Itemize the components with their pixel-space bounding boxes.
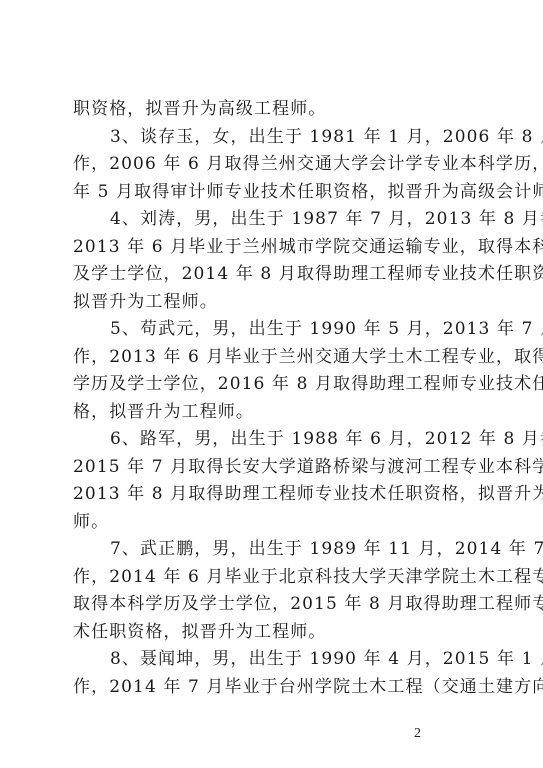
document-page: 职资格，拟晋升为高级工程师。 3、谈存玉，女，出生于 1981 年 1 月，20… xyxy=(0,0,543,768)
text-line: 术任职资格，拟晋升为工程师。 xyxy=(73,619,469,646)
text-line: 职资格，拟晋升为高级工程师。 xyxy=(73,96,469,123)
text-line: 作，2014 年 7 月毕业于台州学院土木工程（交通土建方向）专 xyxy=(73,674,469,701)
text-line: 2013 年 8 月取得助理工程师专业技术任职资格，拟晋升为工程 xyxy=(73,481,469,508)
text-line: 6、路军，男，出生于 1988 年 6 月，2012 年 8 月参加工作， xyxy=(73,426,469,453)
text-line: 2013 年 6 月毕业于兰州城市学院交通运输专业，取得本科学历 xyxy=(73,234,469,261)
text-line: 年 5 月取得审计师专业技术任职资格，拟晋升为高级会计师。 xyxy=(73,179,469,206)
text-line: 2015 年 7 月取得长安大学道路桥梁与渡河工程专业本科学历， xyxy=(73,454,469,481)
text-line: 作，2013 年 6 月毕业于兰州交通大学土木工程专业，取得本科 xyxy=(73,344,469,371)
text-line: 7、武正鹏，男，出生于 1989 年 11 月，2014 年 7 月参加工 xyxy=(73,536,469,563)
text-line: 学历及学士学位，2016 年 8 月取得助理工程师专业技术任职资 xyxy=(73,371,469,398)
text-line: 拟晋升为工程师。 xyxy=(73,289,469,316)
page-number: 2 xyxy=(414,725,421,743)
text-line: 及学士学位，2014 年 8 月取得助理工程师专业技术任职资格， xyxy=(73,261,469,288)
text-line: 3、谈存玉，女，出生于 1981 年 1 月，2006 年 8 月参加工 xyxy=(73,124,469,151)
text-line: 格，拟晋升为工程师。 xyxy=(73,399,469,426)
text-line: 取得本科学历及学士学位，2015 年 8 月取得助理工程师专业技 xyxy=(73,591,469,618)
text-line: 8、聂闻坤，男，出生于 1990 年 4 月，2015 年 1 月参加工 xyxy=(73,646,469,673)
text-line: 师。 xyxy=(73,509,469,536)
text-line: 作，2006 年 6 月取得兰州交通大学会计学专业本科学历，2014 xyxy=(73,151,469,178)
text-line: 5、苟武元，男，出生于 1990 年 5 月，2013 年 7 月参加工 xyxy=(73,316,469,343)
text-line: 4、刘涛，男，出生于 1987 年 7 月，2013 年 8 月参加工作， xyxy=(73,206,469,233)
text-line: 作，2014 年 6 月毕业于北京科技大学天津学院土木工程专业， xyxy=(73,564,469,591)
